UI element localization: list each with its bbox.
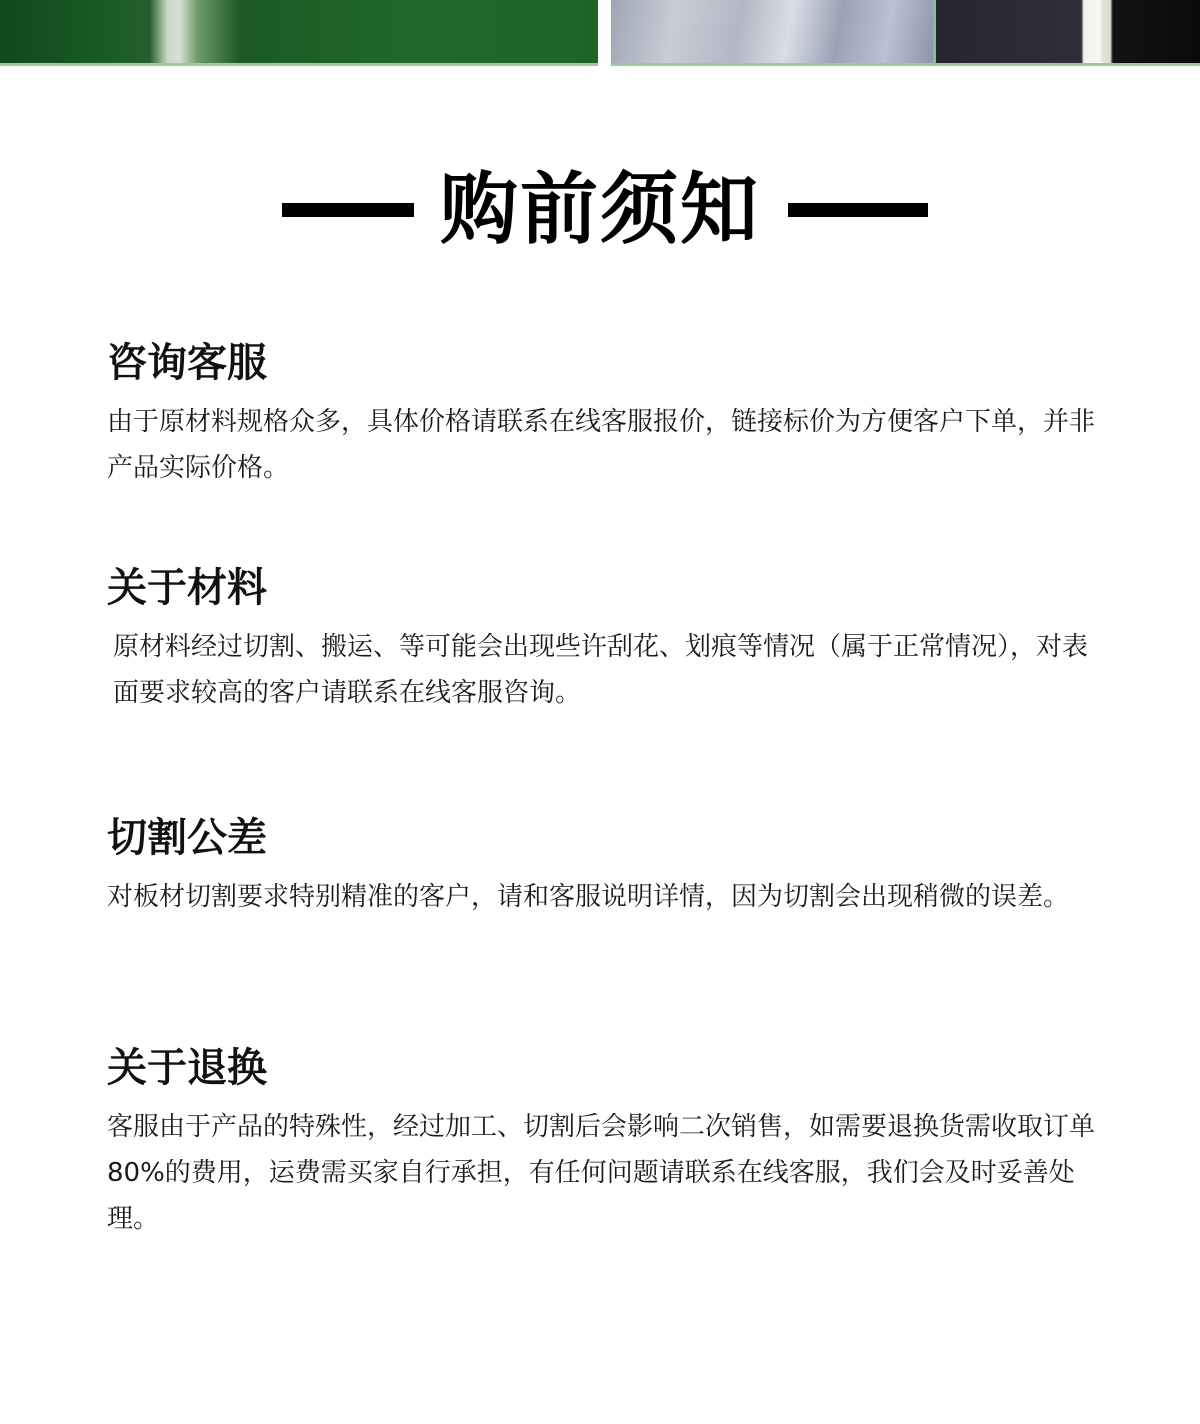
section-heading: 关于材料	[107, 560, 1107, 616]
title-rule-right	[788, 203, 928, 217]
section-body: 由于原材料规格众多，具体价格请联系在线客服报价，链接标价为方便客户下单，并非产品…	[107, 399, 1107, 491]
section-heading: 咨询客服	[107, 335, 1107, 391]
section-cutting-tolerance: 切割公差 对板材切割要求特别精准的客户，请和客服说明详情，因为切割会出现稍微的误…	[107, 810, 1107, 920]
section-returns: 关于退换 客服由于产品的特殊性，经过加工、切割后会影响二次销售，如需要退换货需收…	[107, 1040, 1107, 1242]
dark-panel-photo	[936, 0, 1200, 66]
page-title: 购前须知	[430, 160, 770, 260]
green-panel-photo	[0, 0, 598, 66]
section-body: 客服由于产品的特殊性，经过加工、切割后会影响二次销售，如需要退换货需收取订单80…	[107, 1104, 1107, 1242]
section-customer-service: 咨询客服 由于原材料规格众多，具体价格请联系在线客服报价，链接标价为方便客户下单…	[107, 335, 1107, 491]
notice-title-row: 购前须知	[0, 160, 1200, 260]
section-materials: 关于材料 原材料经过切割、搬运、等可能会出现些许刮花、划痕等情况（属于正常情况）…	[107, 560, 1107, 716]
section-body: 原材料经过切割、搬运、等可能会出现些许刮花、划痕等情况（属于正常情况），对表面要…	[107, 624, 1107, 716]
clear-plastic-sheet-photo	[611, 0, 936, 66]
section-body: 对板材切割要求特别精准的客户，请和客服说明详情，因为切割会出现稍微的误差。	[107, 874, 1107, 920]
section-heading: 切割公差	[107, 810, 1107, 866]
title-rule-left	[282, 203, 414, 217]
section-heading: 关于退换	[107, 1040, 1107, 1096]
product-photo-banner	[0, 0, 1200, 66]
